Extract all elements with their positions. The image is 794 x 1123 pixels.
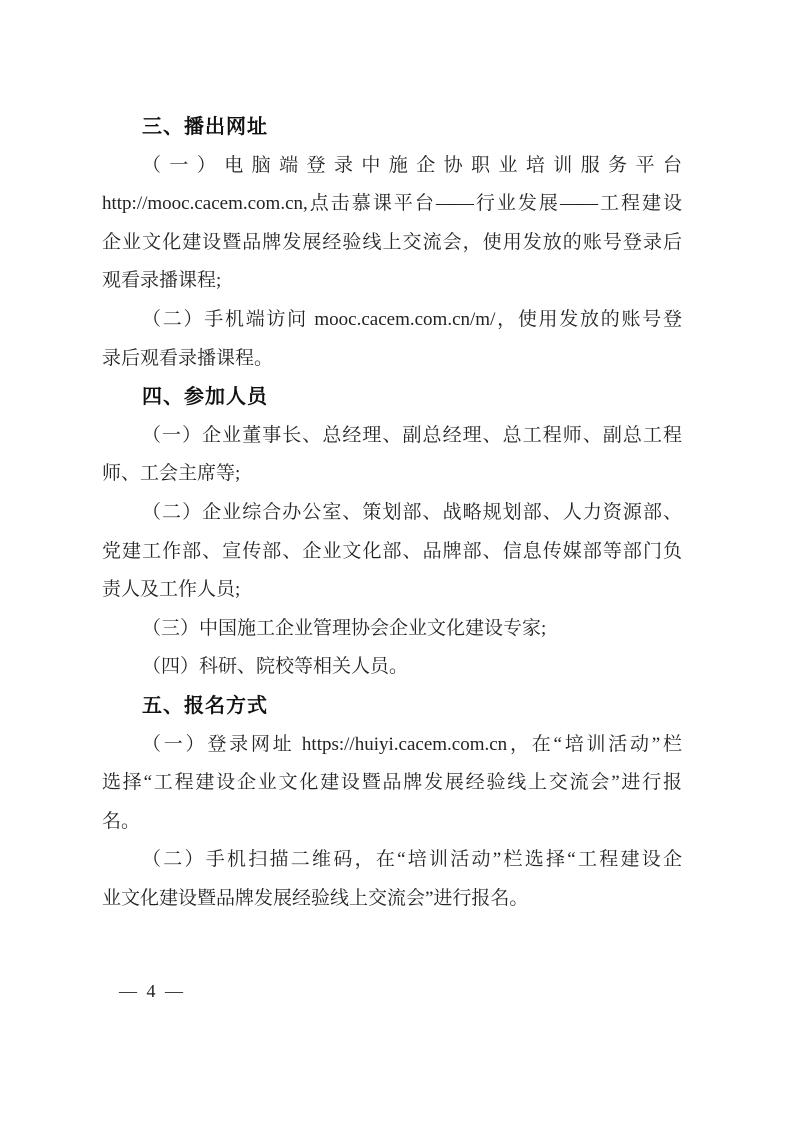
paragraph-line: （三）中国施工企业管理协会企业文化建设专家; <box>102 610 682 649</box>
paragraph-line: 企业文化建设暨品牌发展经验线上交流会，使用发放的账号登录后 <box>102 224 682 263</box>
paragraph-line: （二）手机扫描二维码，在“培训活动”栏选择“工程建设企 <box>102 841 682 880</box>
paragraph-line-url: http://mooc.cacem.com.cn,点击慕课平台——行业发展——工… <box>102 185 682 224</box>
paragraph-line: （一）企业董事长、总经理、副总经理、总工程师、副总工程 <box>102 417 682 456</box>
paragraph-line: 师、工会主席等; <box>102 455 682 494</box>
paragraph-line: 观看录播课程; <box>102 262 682 301</box>
section-heading-broadcast-url: 三、播出网址 <box>102 108 682 147</box>
page-number: — 4 — <box>119 976 183 1006</box>
paragraph-line-url: （二）手机端访问 mooc.cacem.com.cn/m/，使用发放的账号登 <box>102 301 682 340</box>
paragraph-line: 党建工作部、宣传部、企业文化部、品牌部、信息传媒部等部门负 <box>102 533 682 572</box>
paragraph-line: （二）企业综合办公室、策划部、战略规划部、人力资源部、 <box>102 494 682 533</box>
document-body: 三、播出网址 （一）电脑端登录中施企协职业培训服务平台 http://mooc.… <box>102 108 682 918</box>
section-heading-participants: 四、参加人员 <box>102 378 682 417</box>
section-heading-registration: 五、报名方式 <box>102 687 682 726</box>
paragraph-line: （四）科研、院校等相关人员。 <box>102 648 682 687</box>
document-page: 三、播出网址 （一）电脑端登录中施企协职业培训服务平台 http://mooc.… <box>0 0 794 1123</box>
paragraph-line: 选择“工程建设企业文化建设暨品牌发展经验线上交流会”进行报 <box>102 764 682 803</box>
paragraph-line: 责人及工作人员; <box>102 571 682 610</box>
paragraph-line: 录后观看录播课程。 <box>102 340 682 379</box>
paragraph-line: 业文化建设暨品牌发展经验线上交流会”进行报名。 <box>102 880 682 919</box>
paragraph-line: 名。 <box>102 803 682 842</box>
paragraph-line-url: （一）登录网址 https://huiyi.cacem.com.cn，在“培训活… <box>102 726 682 765</box>
paragraph-line: （一）电脑端登录中施企协职业培训服务平台 <box>102 147 682 186</box>
